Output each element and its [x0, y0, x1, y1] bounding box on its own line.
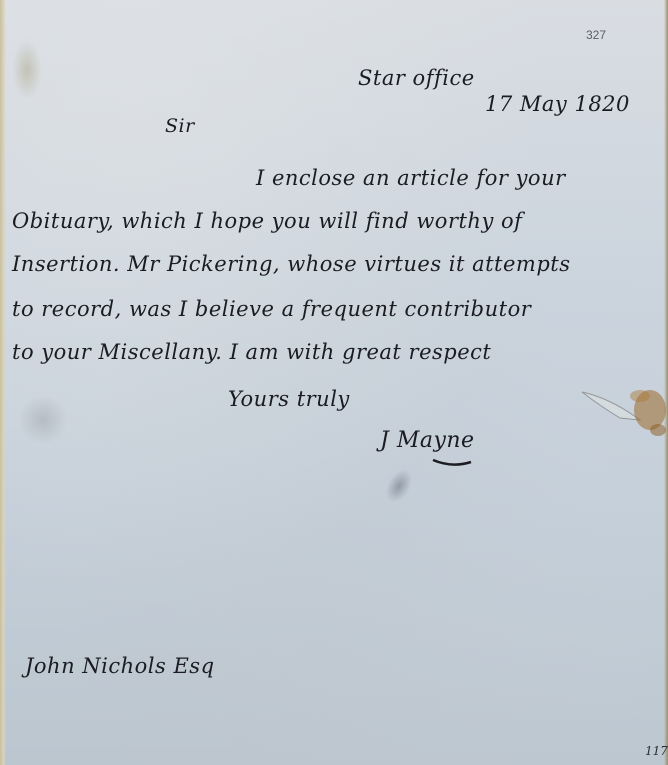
ink-smudge: [380, 465, 417, 507]
body-line: to record, was I believe a frequent cont…: [12, 297, 531, 321]
letter-heading-place: Star office: [358, 66, 475, 90]
ink-stain-mark: [580, 382, 668, 440]
archive-number: 327: [586, 28, 606, 42]
signature: J Mayne: [380, 428, 475, 453]
folio-number: 117: [645, 744, 668, 758]
letter-date: 17 May 1820: [485, 92, 630, 116]
letter-page: 327 Star office 17 May 1820 Sir I enclos…: [0, 0, 668, 765]
foxing-spot: [18, 395, 68, 445]
body-line: to your Miscellany. I am with great resp…: [12, 340, 491, 364]
foxing-spot: [12, 40, 42, 100]
paper-edge-right: [664, 0, 668, 765]
body-line: I enclose an article for your: [256, 166, 566, 190]
body-line: Insertion. Mr Pickering, whose virtues i…: [12, 252, 571, 276]
body-line: Obituary, which I hope you will find wor…: [12, 209, 522, 233]
closing: Yours truly: [228, 387, 350, 411]
signature-flourish: [432, 458, 472, 468]
paper-edge-left: [0, 0, 6, 765]
addressee: John Nichols Esq: [25, 654, 215, 678]
salutation: Sir: [165, 115, 195, 137]
